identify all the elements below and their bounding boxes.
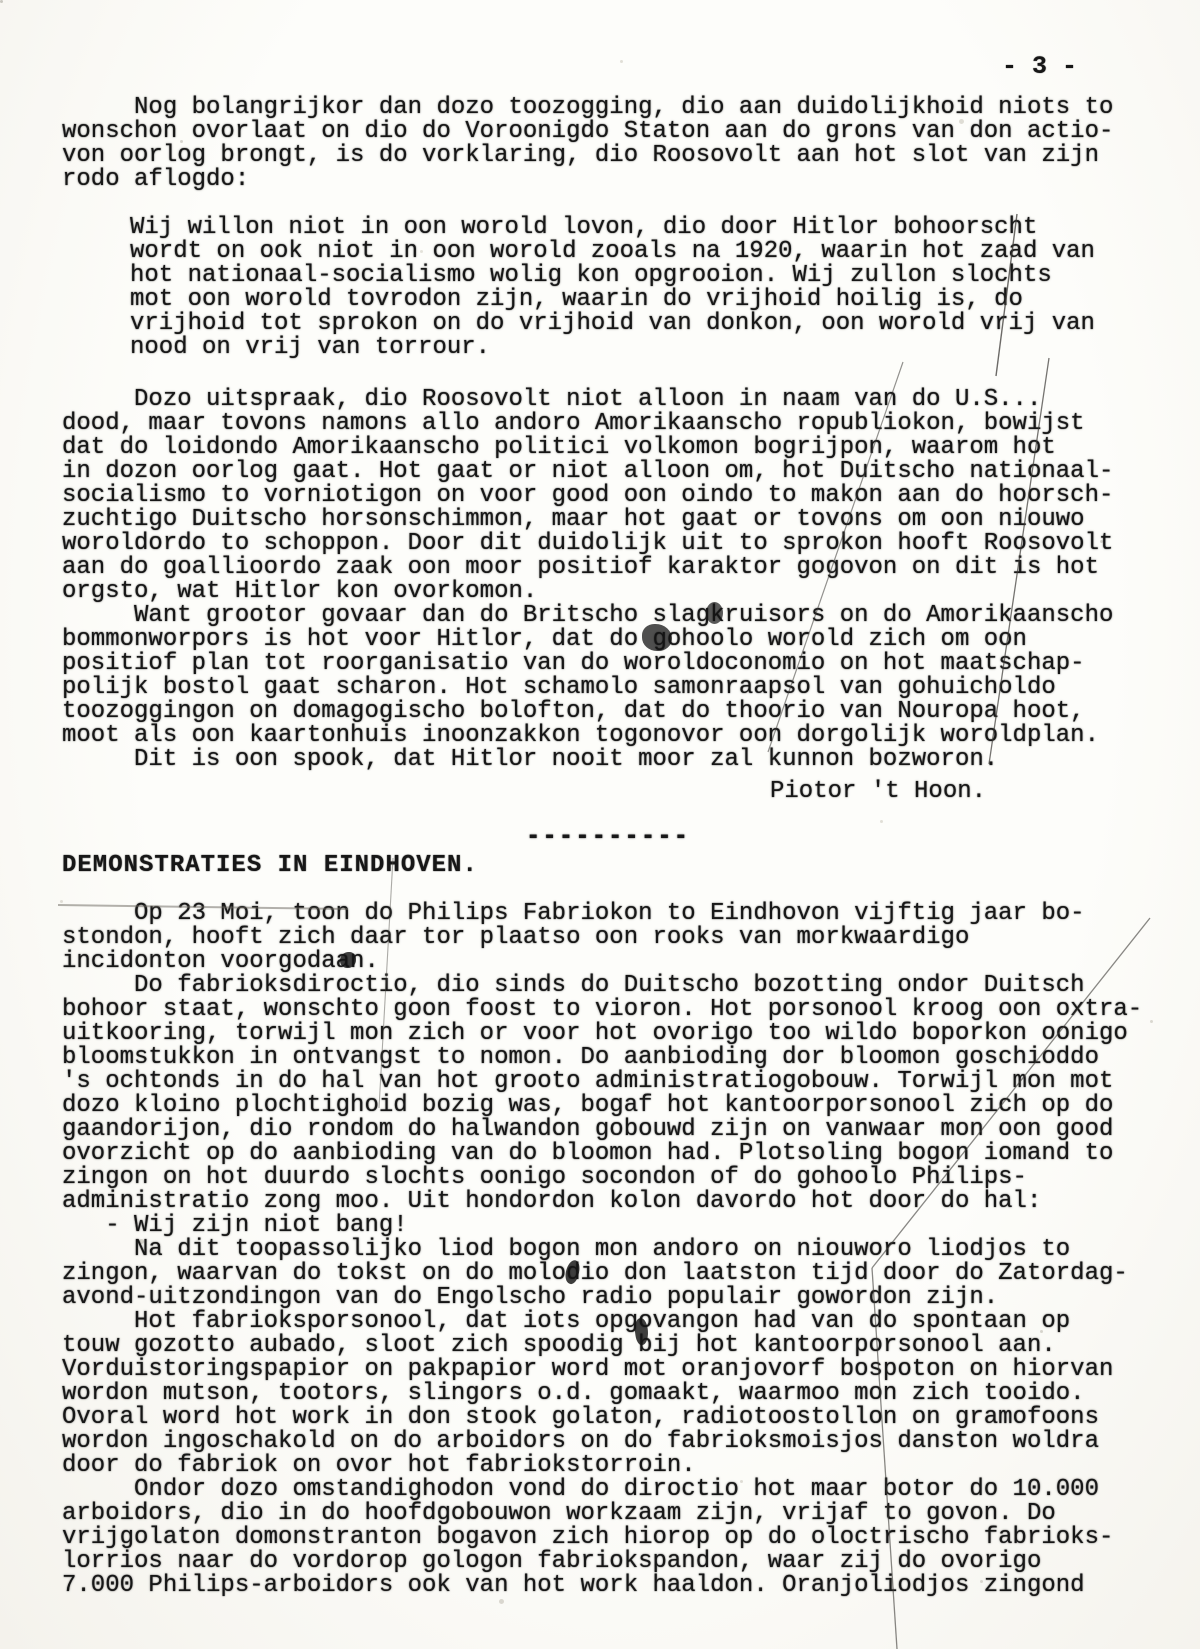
ink-blot <box>340 952 356 968</box>
paragraph: Want grootor govaar dan do Britscho slag… <box>62 604 1164 748</box>
separator-line: ---------- <box>526 824 1164 853</box>
paragraph: Do fabrioksdiroctio, dio sinds do Duitsc… <box>62 974 1164 1214</box>
document-body: Nog bolangrijkor dan dozo toozogging, di… <box>0 0 1200 1598</box>
scanned-document-page: - 3 - Nog bolangrijkor dan dozo toozoggi… <box>0 0 1200 1649</box>
ink-smudge <box>706 602 723 624</box>
paragraph: Na dit toopassolijko liod bogon mon ando… <box>62 1238 1164 1310</box>
paragraph: Hot fabrioksporsonool, dat iots opgovang… <box>62 1310 1164 1478</box>
paragraph: Ondor dozo omstandighodon vond do diroct… <box>62 1478 1164 1598</box>
paragraph: Dozo uitspraak, dio Roosovolt niot alloo… <box>62 388 1164 604</box>
roosevelt-pull-quote: Wij willon niot in oon worold lovon, dio… <box>130 216 1164 360</box>
paragraph: Op 23 Moi, toon do Philips Fabriokon to … <box>62 902 1164 974</box>
section-heading: DEMONSTRATIES IN EINDHOVEN. <box>62 854 1164 878</box>
eindhoven-article: DEMONSTRATIES IN EINDHOVEN. Op 23 Moi, t… <box>62 854 1164 1598</box>
roosevelt-article: Nog bolangrijkor dan dozo toozogging, di… <box>62 96 1164 850</box>
paragraph: Nog bolangrijkor dan dozo toozogging, di… <box>62 96 1164 192</box>
paragraph: Dit is oon spook, dat Hitlor nooit moor … <box>62 748 1164 772</box>
ink-smudge <box>642 624 672 651</box>
author-signature: Piotor 't Hoon. <box>770 780 1164 804</box>
chant-line: - Wij zijn niot bang! <box>62 1214 1164 1238</box>
